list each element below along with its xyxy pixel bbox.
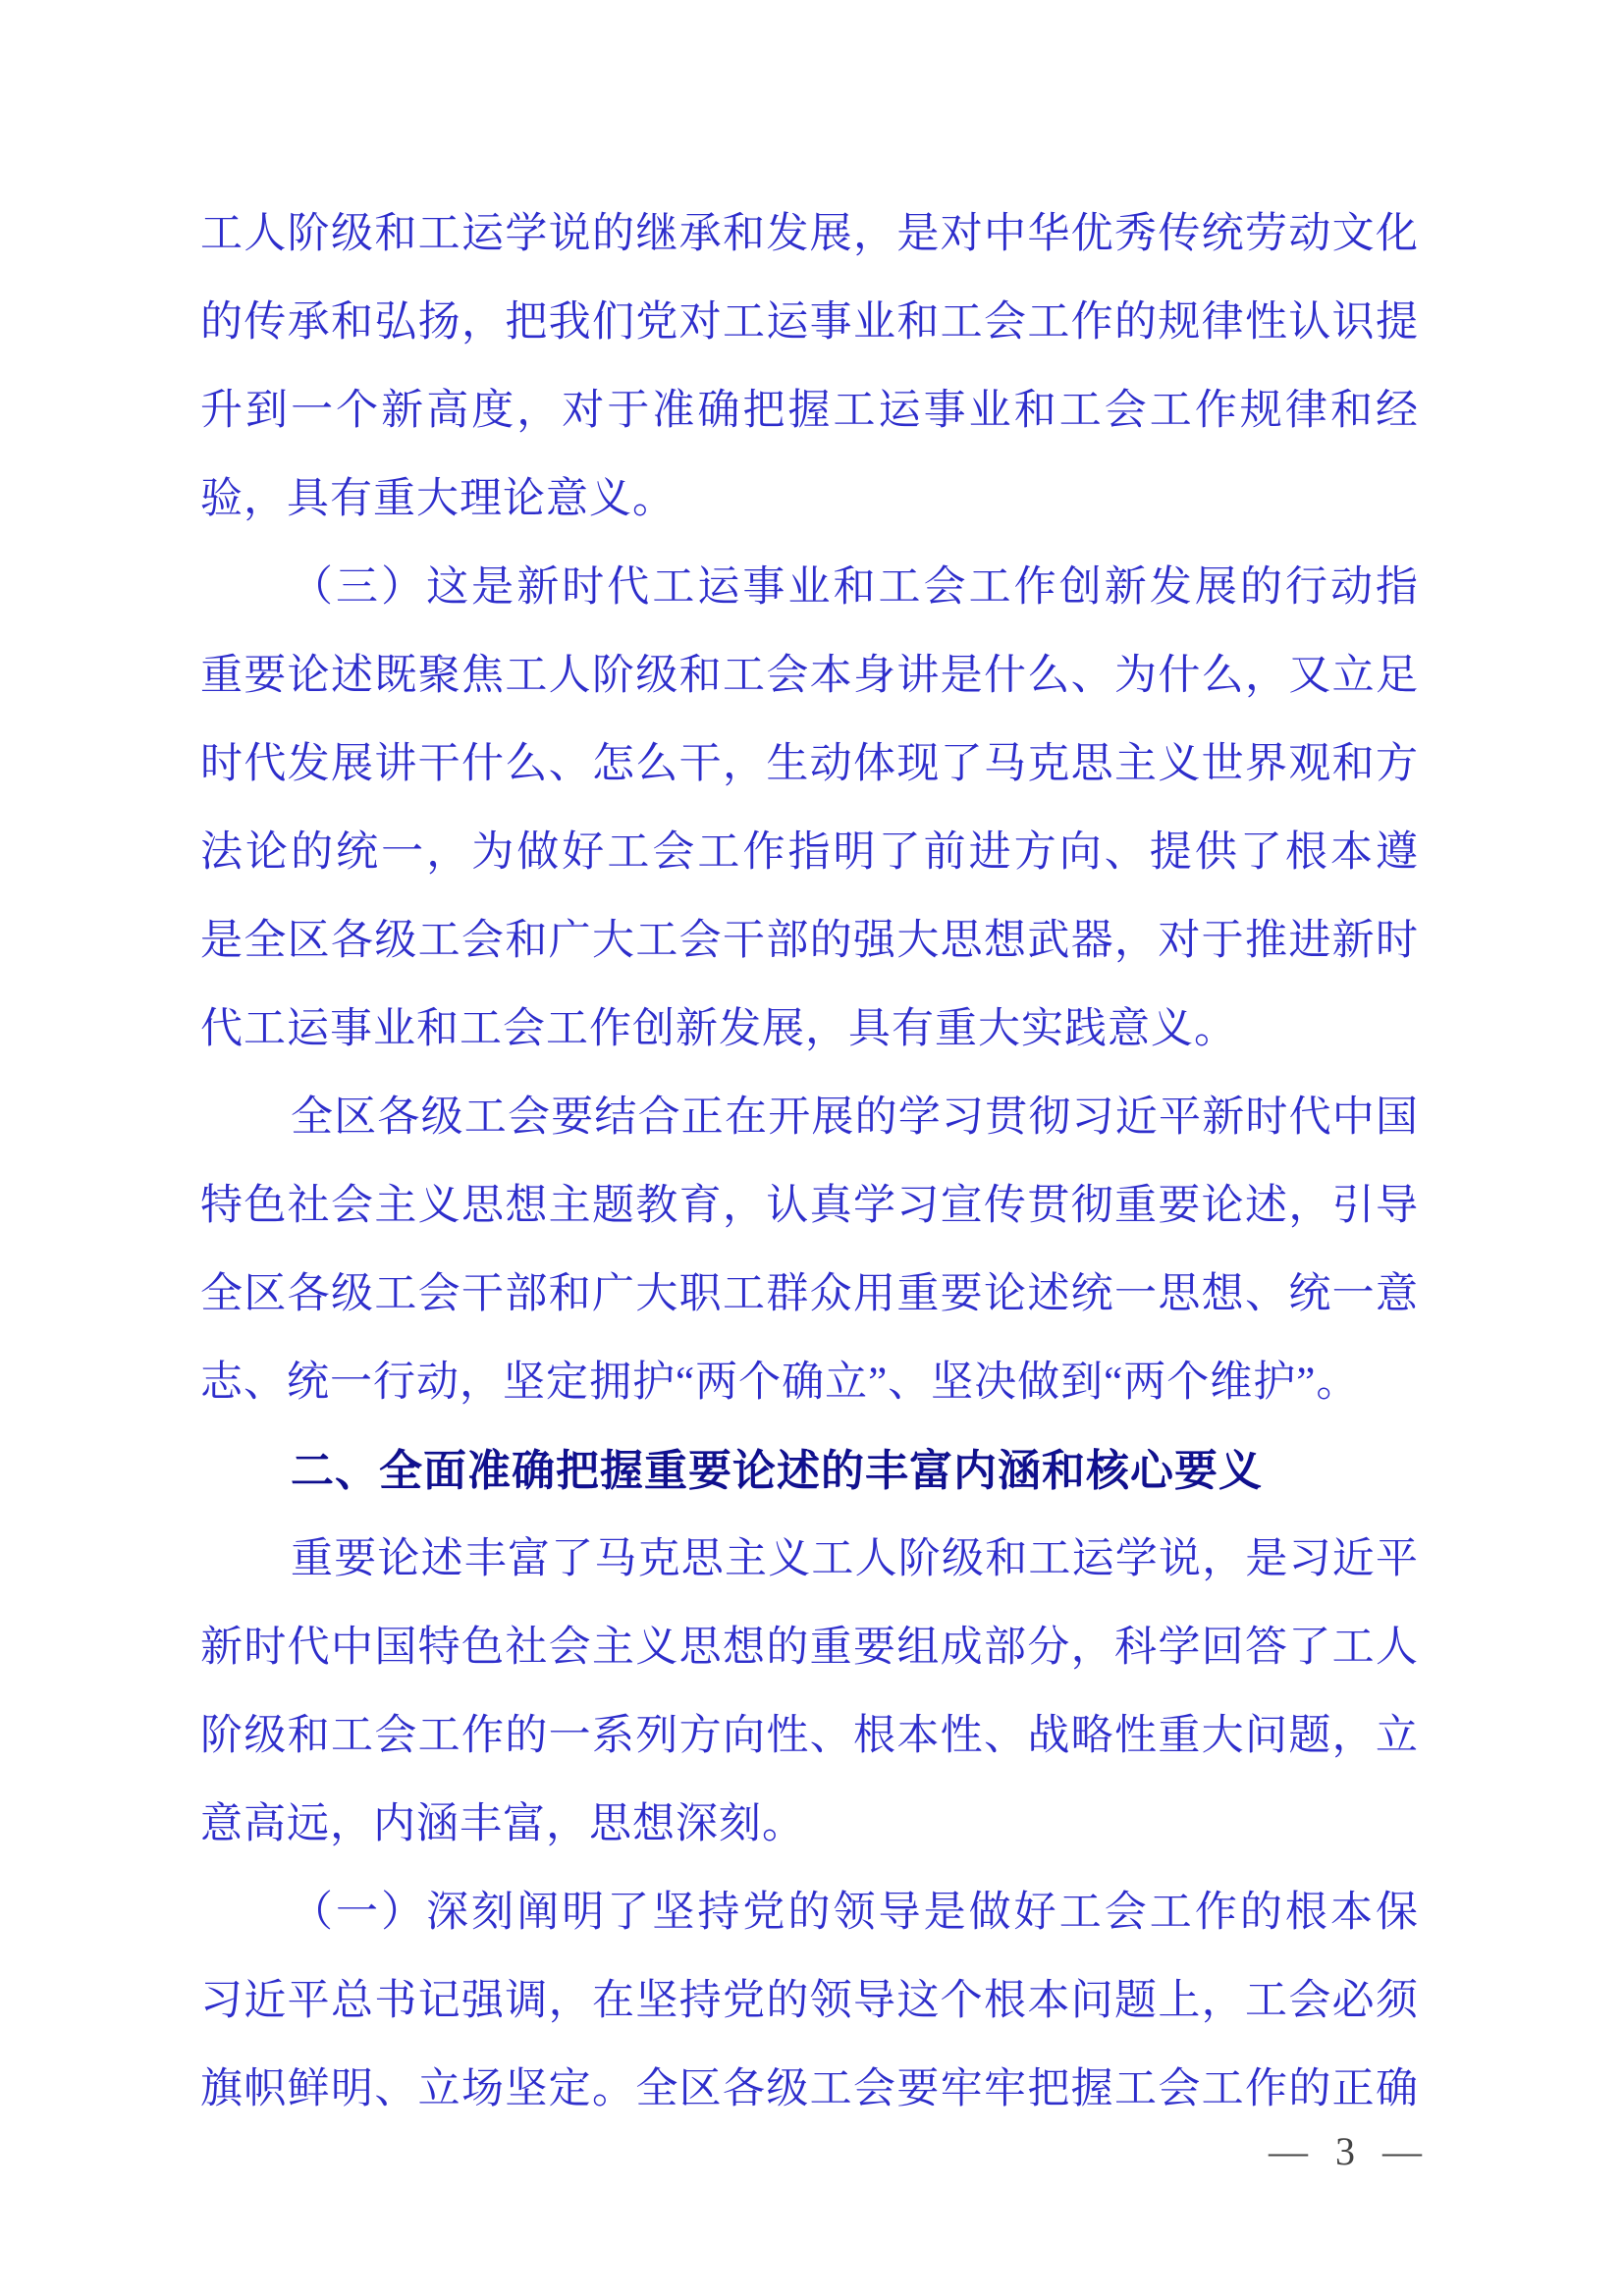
text-line: 意高远，内涵丰富，思想深刻。 (200, 1781, 1419, 1869)
text-line: 习近平总书记强调，在坚持党的领导这个根本问题上，工会必须 (200, 1957, 1419, 2046)
text-line: 验，具有重大理论意义。 (200, 455, 1419, 544)
text-line: 法论的统一，为做好工会工作指明了前进方向、提供了根本遵循， (200, 809, 1419, 897)
text-line: 特色社会主义思想主题教育，认真学习宣传贯彻重要论述，引导 (200, 1162, 1419, 1251)
text-line: 代工运事业和工会工作创新发展，具有重大实践意义。 (200, 986, 1419, 1074)
text-block: 工人阶级和工运学说的继承和发展，是对中华优秀传统劳动文化的传承和弘扬，把我们党对… (200, 190, 1419, 2134)
text-line: 志、统一行动，坚定拥护“两个确立”、坚决做到“两个维护”。 (200, 1339, 1419, 1427)
text-line: 是全区各级工会和广大工会干部的强大思想武器，对于推进新时 (200, 897, 1419, 986)
text-line: 阶级和工会工作的一系列方向性、根本性、战略性重大问题，立 (200, 1692, 1419, 1781)
text-line: 的传承和弘扬，把我们党对工运事业和工会工作的规律性认识提 (200, 279, 1419, 367)
text-line: 全区各级工会要结合正在开展的学习贯彻习近平新时代中国 (200, 1074, 1419, 1162)
section-heading: 二、全面准确把握重要论述的丰富内涵和核心要义 (200, 1427, 1419, 1516)
text-line: 工人阶级和工运学说的继承和发展，是对中华优秀传统劳动文化 (200, 190, 1419, 279)
text-line: （一）深刻阐明了坚持党的领导是做好工会工作的根本保证。 (200, 1869, 1419, 1957)
text-line: 重要论述既聚焦工人阶级和工会本身讲是什么、为什么，又立足 (200, 632, 1419, 721)
text-line: 时代发展讲干什么、怎么干，生动体现了马克思主义世界观和方 (200, 721, 1419, 809)
page-number: — 3 — (1269, 2128, 1424, 2174)
text-line: 旗帜鲜明、立场坚定。全区各级工会要牢牢把握工会工作的正确 (200, 2046, 1419, 2134)
text-line: 升到一个新高度，对于准确把握工运事业和工会工作规律和经 (200, 367, 1419, 455)
text-line: （三）这是新时代工运事业和工会工作创新发展的行动指南。 (200, 544, 1419, 632)
text-line: 全区各级工会干部和广大职工群众用重要论述统一思想、统一意 (200, 1251, 1419, 1339)
text-line: 新时代中国特色社会主义思想的重要组成部分，科学回答了工人 (200, 1604, 1419, 1692)
text-line: 重要论述丰富了马克思主义工人阶级和工运学说，是习近平 (200, 1516, 1419, 1604)
document-page: 工人阶级和工运学说的继承和发展，是对中华优秀传统劳动文化的传承和弘扬，把我们党对… (0, 0, 1624, 2296)
